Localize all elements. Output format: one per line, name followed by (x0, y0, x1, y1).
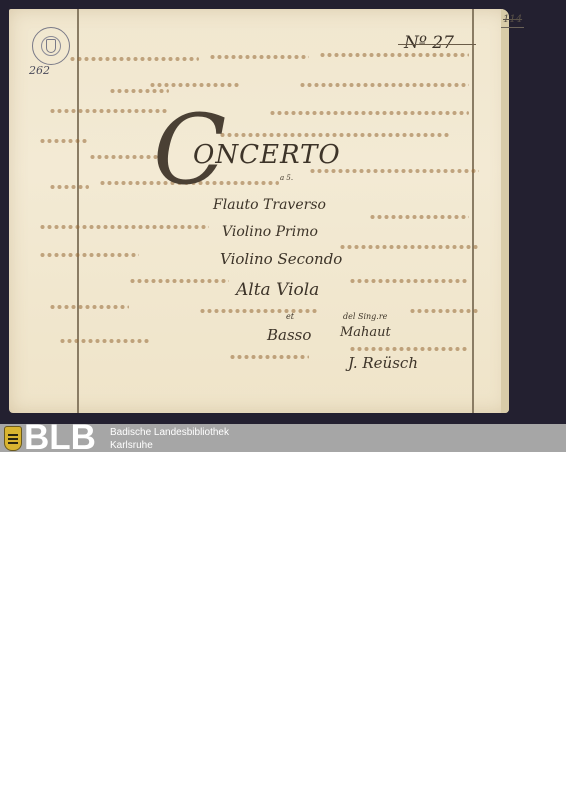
bleed-through-notes (349, 347, 469, 351)
bleed-through-notes (349, 279, 469, 283)
bleed-through-notes (199, 309, 319, 313)
instrument-flute: Flauto Traverso (213, 197, 326, 213)
instrument-violin-2: Violino Secondo (220, 250, 342, 268)
et-conjunction: et (286, 312, 294, 321)
old-number: 114 (503, 14, 522, 25)
manuscript-scan: 262 Nº 27 114 C ONCERTO a 5. Flauto Trav… (0, 0, 566, 424)
bleed-through-notes (369, 215, 469, 219)
blb-logo: BLB (24, 421, 96, 455)
instrument-viola: Alta Viola (236, 280, 319, 300)
bleed-through-notes (129, 279, 229, 283)
composer-name: Mahaut (340, 325, 391, 340)
instrument-violin-1: Violino Primo (222, 224, 318, 240)
title: ONCERTO (193, 140, 341, 170)
bleed-through-notes (49, 109, 169, 113)
bleed-through-notes (49, 185, 89, 189)
instrument-bass: Basso (267, 326, 311, 344)
library-banner: BLB Badische Landesbibliothek Karlsruhe (0, 424, 566, 452)
bleed-through-notes (69, 57, 199, 61)
library-stamp (32, 27, 70, 65)
bleed-through-notes (149, 83, 239, 87)
bleed-through-notes (39, 253, 139, 257)
attribution-prefix: del Sing.re (343, 312, 387, 321)
bleed-through-notes (49, 305, 129, 309)
bleed-through-notes (229, 355, 309, 359)
left-margin-rule (77, 9, 79, 413)
bleed-through-notes (59, 339, 149, 343)
shelf-mark: Nº 27 (404, 33, 454, 53)
bleed-through-notes (269, 111, 469, 115)
bleed-through-notes (39, 225, 209, 229)
right-margin-rule (472, 9, 474, 413)
bleed-through-notes (299, 83, 469, 87)
bleed-through-notes (409, 309, 479, 313)
coat-of-arms-icon (4, 426, 22, 451)
bleed-through-notes (339, 245, 479, 249)
bleed-through-notes (209, 55, 309, 59)
bleed-through-notes (39, 139, 89, 143)
catalog-number: 262 (29, 64, 50, 77)
scoring-note: a 5. (280, 174, 293, 182)
copyist-name: J. Reüsch (348, 354, 418, 372)
bleed-through-notes (319, 53, 469, 57)
bleed-through-notes (219, 133, 449, 137)
bleed-through-notes (89, 155, 159, 159)
library-name: Badische Landesbibliothek (110, 427, 229, 439)
library-city: Karlsruhe (110, 440, 153, 452)
bleed-through-notes (109, 89, 169, 93)
